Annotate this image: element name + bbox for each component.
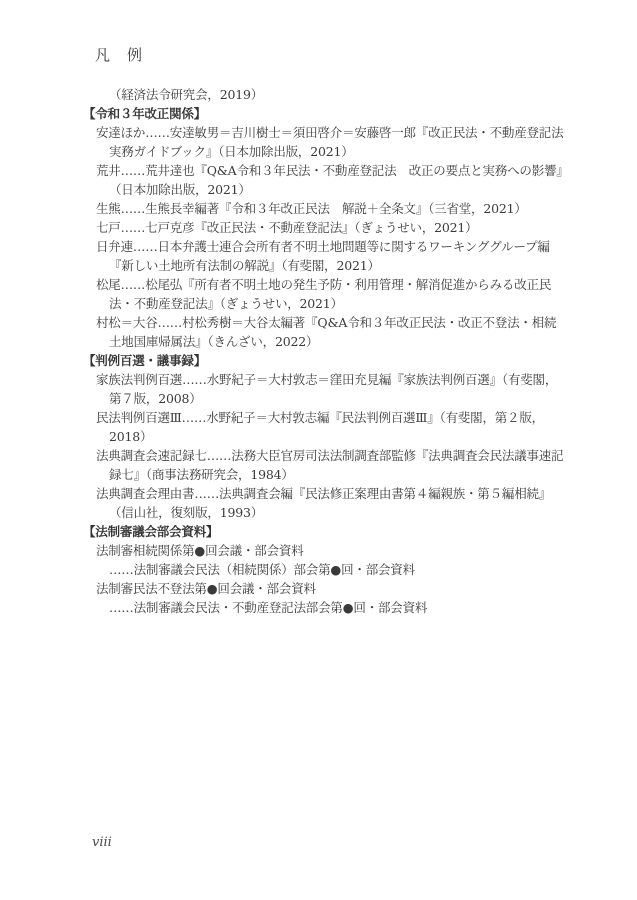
reference-line: 荒井……荒井達也『Q&A令和３年民法・不動産登記法 改正の要点と実務への影響』 [96, 161, 573, 180]
reference-line: 法制審相続関係第●回会議・部会資料 [96, 541, 573, 560]
reference-line: 土地国庫帰属法』（きんざい，2022） [109, 332, 573, 351]
reference-line: 2018） [109, 427, 573, 446]
reference-line: 松尾……松尾弘『所有者不明土地の発生予防・利用管理・解消促進からみる改正民 [96, 275, 573, 294]
reference-line: （経済法令研究会，2019） [109, 85, 573, 104]
legend-reference-list: （経済法令研究会，2019）【令和３年改正関係】安達ほか……安達敏男＝吉川樹士＝… [83, 85, 573, 617]
reference-line: 日弁連……日本弁護士連合会所有者不明土地問題等に関するワーキンググループ編 [96, 237, 573, 256]
reference-line: 生熊……生熊長幸編著『令和３年改正民法 解説＋全条文』（三省堂，2021） [96, 199, 573, 218]
reference-line: ……法制審議会民法・不動産登記法部会第●回・部会資料 [109, 598, 573, 617]
section-header: 【法制審議会部会資料】 [83, 522, 573, 541]
reference-line: 法典調査会速記録七……法務大臣官房司法法制調査部監修『法典調査会民法議事速記 [96, 446, 573, 465]
page-heading: 凡 例 [95, 44, 143, 65]
reference-line: 民法判例百選Ⅲ……水野紀子＝大村敦志編『民法判例百選Ⅲ』（有斐閣，第２版， [96, 408, 573, 427]
reference-line: 七戸……七戸克彦『改正民法・不動産登記法』（ぎょうせい，2021） [96, 218, 573, 237]
page-number: viii [92, 835, 112, 850]
reference-line: 村松＝大谷……村松秀樹＝大谷太編著『Q&A令和３年改正民法・改正不登法・相続 [96, 313, 573, 332]
reference-line: 家族法判例百選……水野紀子＝大村敦志＝窪田充見編『家族法判例百選』（有斐閣， [96, 370, 573, 389]
reference-line: ……法制審議会民法（相続関係）部会第●回・部会資料 [109, 560, 573, 579]
reference-line: 第７版，2008） [109, 389, 573, 408]
reference-line: （日本加除出版，2021） [109, 180, 573, 199]
reference-line: 実務ガイドブック』（日本加除出版，2021） [109, 142, 573, 161]
reference-line: 録七』（商事法務研究会，1984） [109, 465, 573, 484]
reference-line: 法制審民法不登法第●回会議・部会資料 [96, 579, 573, 598]
section-header: 【令和３年改正関係】 [83, 104, 573, 123]
reference-line: 法典調査会理由書……法典調査会編『民法修正案理由書第４編親族・第５編相続』 [96, 484, 573, 503]
document-page: 凡 例 （経済法令研究会，2019）【令和３年改正関係】安達ほか……安達敏男＝吉… [0, 0, 637, 900]
reference-line: 『新しい土地所有法制の解説』（有斐閣，2021） [109, 256, 573, 275]
reference-line: （信山社，復刻版，1993） [109, 503, 573, 522]
reference-line: 法・不動産登記法』（ぎょうせい，2021） [109, 294, 573, 313]
section-header: 【判例百選・議事録】 [83, 351, 573, 370]
reference-line: 安達ほか……安達敏男＝吉川樹士＝須田啓介＝安藤啓一郎『改正民法・不動産登記法 [96, 123, 573, 142]
